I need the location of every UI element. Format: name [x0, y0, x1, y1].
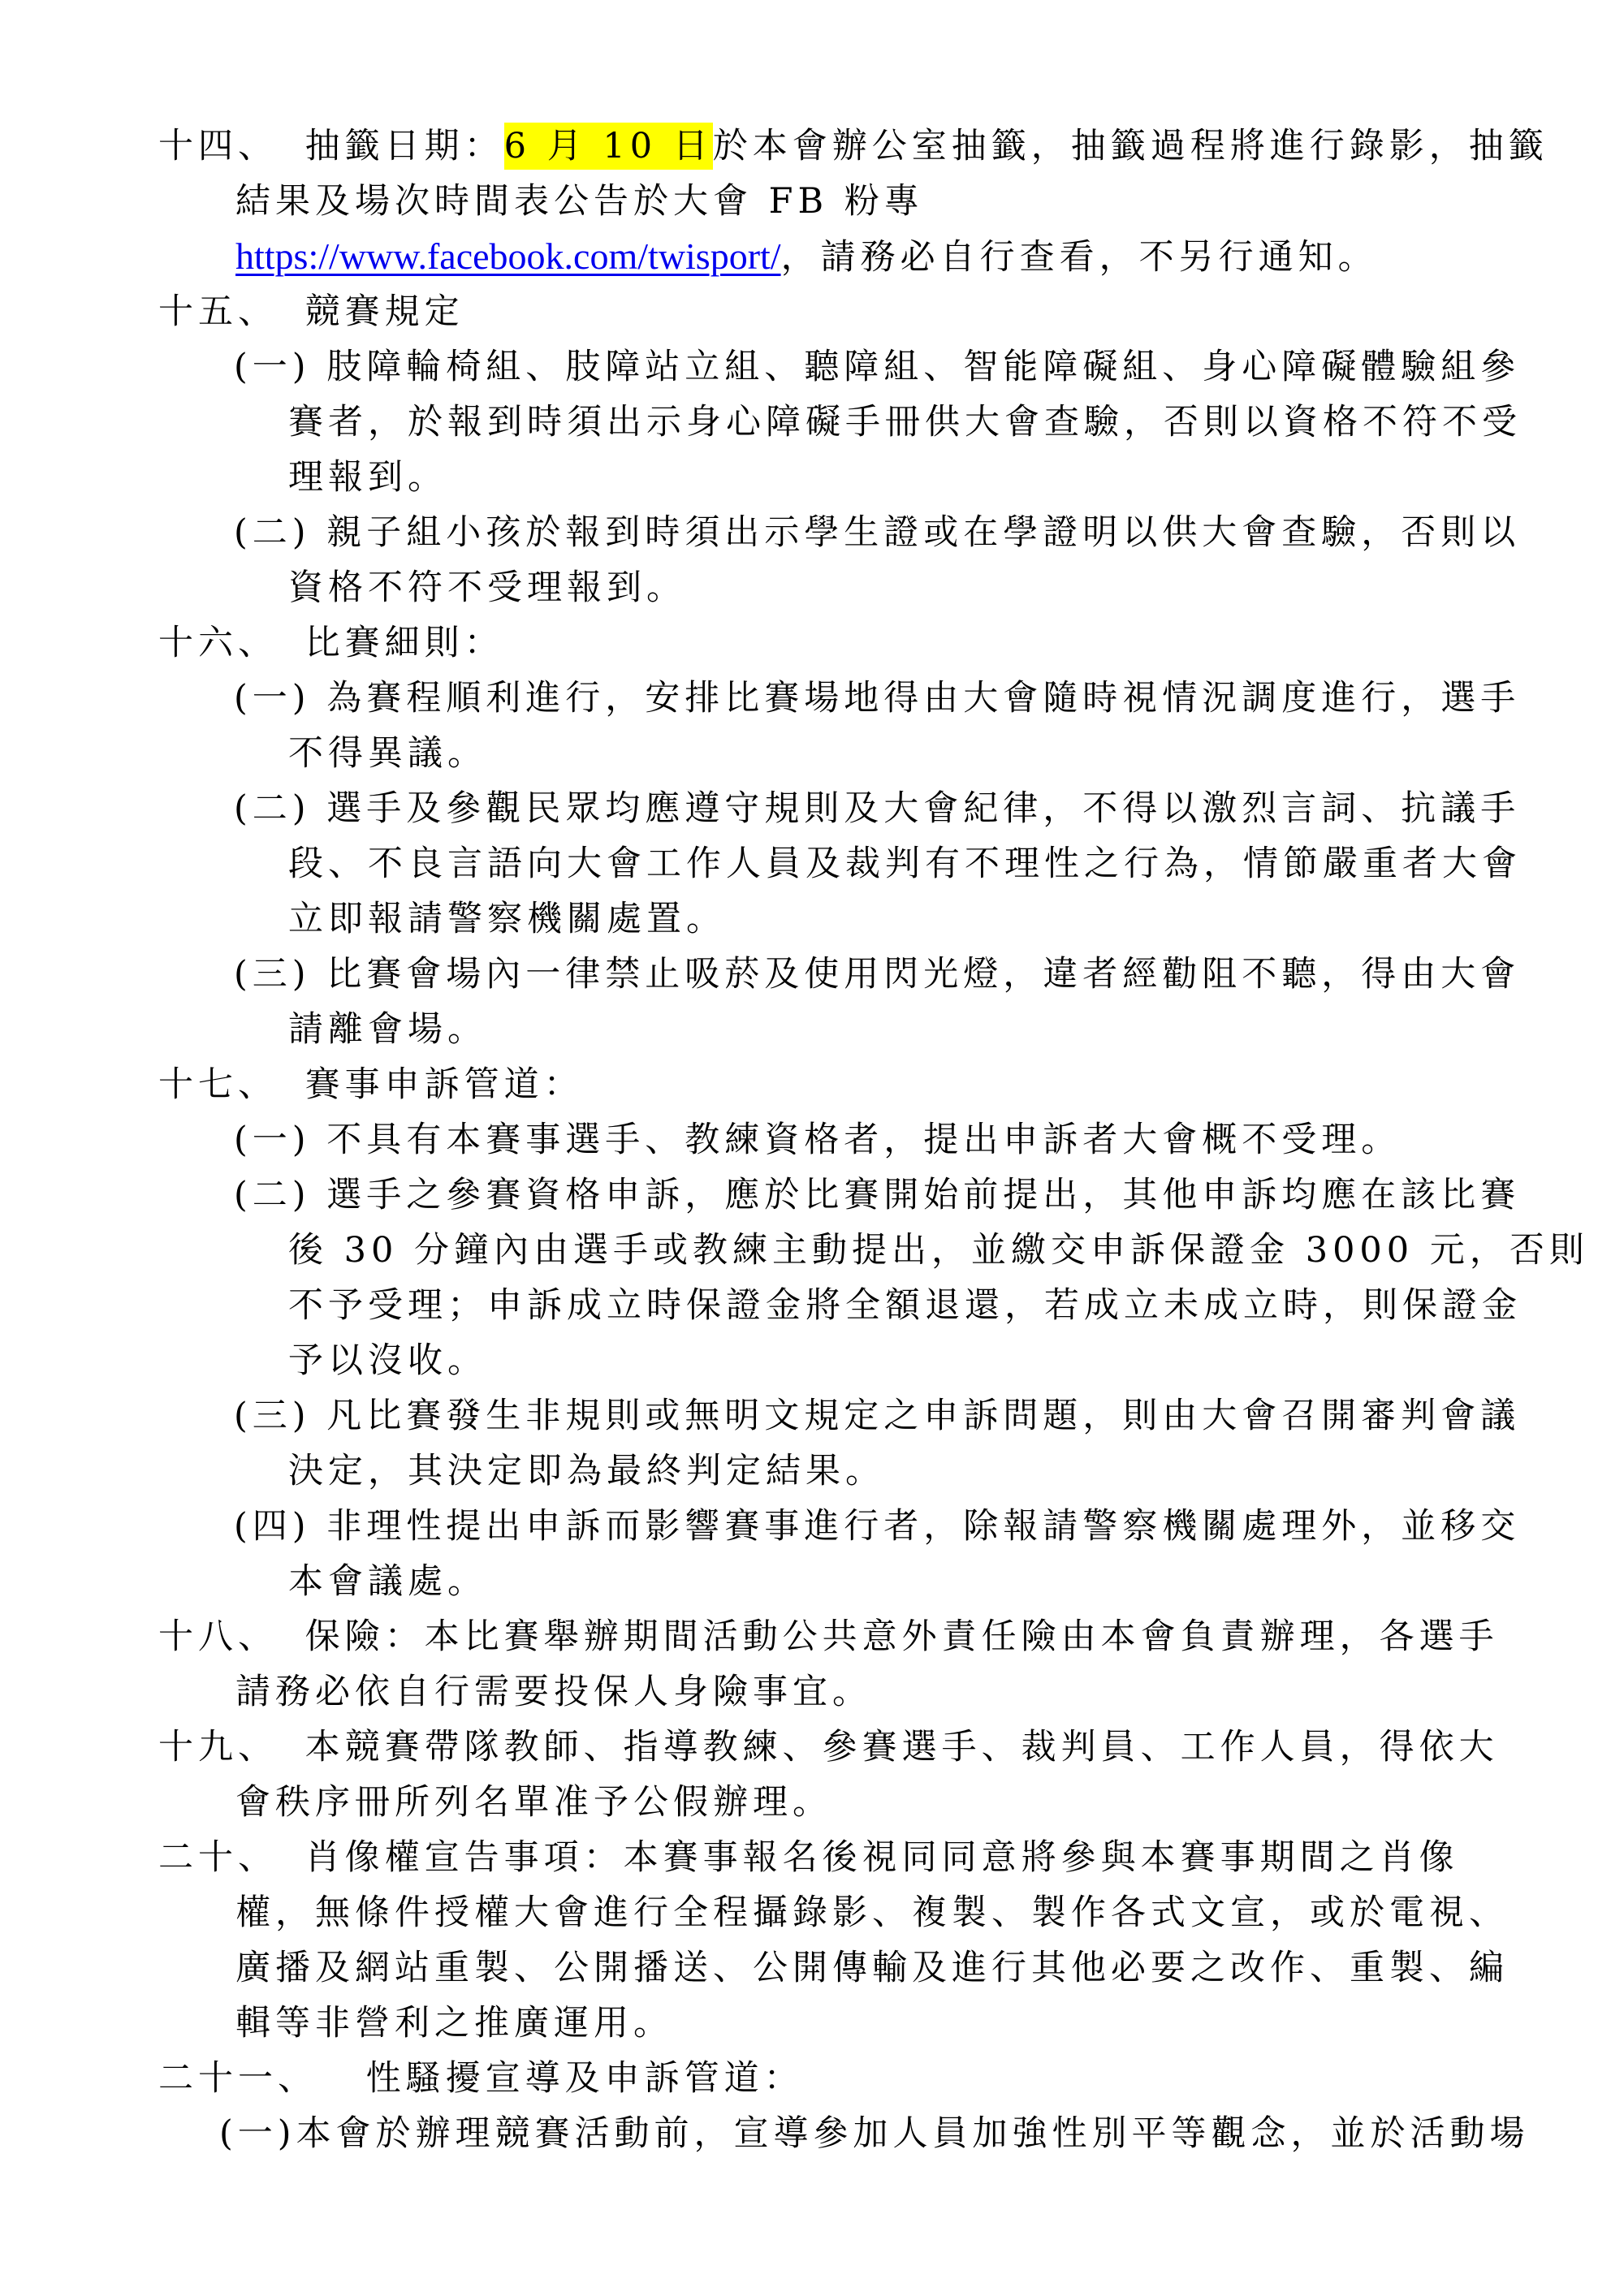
- item-text: 非理性提出申訴而影響賽事進行者，除報請警察機關處理外，並移交: [326, 1506, 1520, 1547]
- section-18-line-1: 十八、 保險：本比賽舉辦期間活動公共意外責任險由本會負責辦理，各選手: [158, 1612, 1499, 1661]
- section-15-item-1-line-1: (一) 肢障輪椅組、肢障站立組、聽障組、智能障礙組、身心障礙體驗組參: [234, 343, 1520, 391]
- section-17-item-4-line-2: 本會議處。: [288, 1557, 487, 1606]
- section-number: 十四、: [158, 126, 278, 166]
- item-label: (一): [219, 2113, 296, 2154]
- item-label: (一): [234, 347, 311, 387]
- section-20-line-3: 廣播及網站重製、公開播送、公開傳輸及進行其他必要之改作、重製、編: [235, 1944, 1509, 1992]
- section-15-item-2-line-1: (二) 親子組小孩於報到時須出示學生證或在學證明以供大會查驗，否則以: [234, 508, 1520, 557]
- section-15-item-1-line-3: 理報到。: [288, 453, 447, 502]
- item-label: (一): [234, 1120, 311, 1160]
- item-text: 選手及參觀民眾均應遵守規則及大會紀律，不得以激烈言詞、抗議手: [326, 788, 1520, 829]
- section-16-item-2-line-2: 段、不良言語向大會工作人員及裁判有不理性之行為，情節嚴重者大會: [288, 839, 1522, 888]
- section-15-heading: 十五、 競賽規定: [158, 287, 464, 336]
- facebook-link[interactable]: https://www.facebook.com/twisport/: [235, 235, 781, 277]
- item-label: (二): [234, 1175, 311, 1215]
- section-21-item-1-line-1: (一)本會於辦理競賽活動前，宣導參加人員加強性別平等觀念，並於活動場: [219, 2109, 1530, 2158]
- item-label: (二): [234, 788, 311, 829]
- section-heading: 抽籤日期：: [305, 126, 504, 166]
- section-16-item-1-line-1: (一) 為賽程順利進行，安排比賽場地得由大會隨時視情況調度進行，選手: [234, 674, 1520, 723]
- section-16-item-1-line-2: 不得異議。: [288, 729, 487, 778]
- section-number: 二十一、: [158, 2058, 317, 2099]
- section-17-item-2-line-3: 不予受理；申訴成立時保證金將全額退還，若成立未成立時，則保證金: [288, 1281, 1522, 1330]
- section-17-item-1-line-1: (一) 不具有本賽事選手、教練資格者，提出申訴者大會概不受理。: [234, 1116, 1401, 1164]
- section-14-line-3: https://www.facebook.com/twisport/，請務必自行…: [235, 232, 1378, 281]
- section-17-item-2-line-4: 予以沒收。: [288, 1336, 487, 1385]
- item-text: 肢障輪椅組、肢障站立組、聽障組、智能障礙組、身心障礙體驗組參: [326, 347, 1520, 387]
- section-text: 本競賽帶隊教師、指導教練、參賽選手、裁判員、工作人員，得依大: [305, 1727, 1499, 1767]
- section-15-item-1-line-2: 賽者，於報到時須出示身心障礙手冊供大會查驗，否則以資格不符不受: [288, 398, 1522, 447]
- section-20-line-4: 輯等非營利之推廣運用。: [235, 1999, 673, 2048]
- item-text: 凡比賽發生非規則或無明文規定之申訴問題，則由大會召開審判會議: [326, 1396, 1520, 1436]
- section-20-line-2: 權，無條件授權大會進行全程攝錄影、複製、製作各式文宣，或於電視、: [235, 1888, 1509, 1937]
- section-16-item-2-line-3: 立即報請警察機關處置。: [288, 895, 726, 943]
- item-label: (三): [234, 954, 311, 995]
- section-text: 於本會辦公室抽籤，抽籤過程將進行錄影，抽籤: [713, 126, 1548, 166]
- section-16-item-3-line-2: 請離會場。: [288, 1005, 487, 1054]
- section-number: 十八、: [158, 1616, 278, 1657]
- section-number: 十九、: [158, 1727, 278, 1767]
- section-15-item-2-line-2: 資格不符不受理報到。: [288, 563, 686, 612]
- section-number: 十六、: [158, 623, 278, 663]
- section-text: 肖像權宣告事項：本賽事報名後視同同意將參與本賽事期間之肖像: [305, 1837, 1459, 1878]
- section-number: 十七、: [158, 1064, 278, 1105]
- section-16-heading: 十六、 比賽細則：: [158, 619, 504, 667]
- item-label: (四): [234, 1506, 311, 1547]
- item-label: (三): [234, 1396, 311, 1436]
- section-17-item-4-line-1: (四) 非理性提出申訴而影響賽事進行者，除報請警察機關處理外，並移交: [234, 1502, 1520, 1551]
- section-text: ，請務必自行查看，不另行通知。: [781, 237, 1378, 278]
- item-label: (二): [234, 512, 311, 553]
- item-text: 親子組小孩於報到時須出示學生證或在學證明以供大會查驗，否則以: [326, 512, 1520, 553]
- section-16-item-3-line-1: (三) 比賽會場內一律禁止吸菸及使用閃光燈，違者經勸阻不聽，得由大會: [234, 950, 1520, 999]
- item-text: 比賽會場內一律禁止吸菸及使用閃光燈，違者經勸阻不聽，得由大會: [326, 954, 1520, 995]
- section-17-item-3-line-2: 決定，其決定即為最終判定結果。: [288, 1447, 885, 1495]
- section-19-line-1: 十九、 本競賽帶隊教師、指導教練、參賽選手、裁判員、工作人員，得依大: [158, 1723, 1499, 1772]
- item-text: 不具有本賽事選手、教練資格者，提出申訴者大會概不受理。: [326, 1120, 1401, 1160]
- item-text: 本會於辦理競賽活動前，宣導參加人員加強性別平等觀念，並於活動場: [296, 2113, 1530, 2154]
- section-20-line-1: 二十、 肖像權宣告事項：本賽事報名後視同同意將參與本賽事期間之肖像: [158, 1833, 1459, 1882]
- section-title: 賽事申訴管道：: [305, 1064, 584, 1105]
- highlighted-date: 6 月 10 日: [504, 123, 713, 170]
- item-label: (一): [234, 678, 311, 719]
- item-text: 選手之參賽資格申訴，應於比賽開始前提出，其他申訴均應在該比賽: [326, 1175, 1520, 1215]
- document-page: 十四、 抽籤日期：6 月 10 日於本會辦公室抽籤，抽籤過程將進行錄影，抽籤 結…: [0, 0, 1624, 2296]
- section-18-line-2: 請務必依自行需要投保人身險事宜。: [235, 1668, 872, 1716]
- section-17-item-2-line-1: (二) 選手之參賽資格申訴，應於比賽開始前提出，其他申訴均應在該比賽: [234, 1171, 1520, 1219]
- section-number: 二十、: [158, 1837, 278, 1878]
- section-title: 性騷擾宣導及申訴管道：: [366, 2058, 804, 2099]
- section-14-line-1: 十四、 抽籤日期：6 月 10 日於本會辦公室抽籤，抽籤過程將進行錄影，抽籤: [158, 122, 1548, 170]
- section-17-item-3-line-1: (三) 凡比賽發生非規則或無明文規定之申訴問題，則由大會召開審判會議: [234, 1392, 1520, 1440]
- section-17-item-2-line-2: 後 30 分鐘內由選手或教練主動提出，並繳交申訴保證金 3000 元，否則: [288, 1226, 1589, 1275]
- section-text: 保險：本比賽舉辦期間活動公共意外責任險由本會負責辦理，各選手: [305, 1616, 1499, 1657]
- section-16-item-2-line-1: (二) 選手及參觀民眾均應遵守規則及大會紀律，不得以激烈言詞、抗議手: [234, 784, 1520, 833]
- section-14-line-2: 結果及場次時間表公告於大會 FB 粉專: [235, 177, 924, 226]
- section-title: 競賽規定: [305, 291, 464, 332]
- section-19-line-2: 會秩序冊所列名單准予公假辦理。: [235, 1778, 832, 1827]
- section-17-heading: 十七、 賽事申訴管道：: [158, 1060, 584, 1109]
- section-title: 比賽細則：: [305, 623, 504, 663]
- item-text: 為賽程順利進行，安排比賽場地得由大會隨時視情況調度進行，選手: [326, 678, 1520, 719]
- section-21-heading: 二十一、 性騷擾宣導及申訴管道：: [158, 2054, 804, 2103]
- section-number: 十五、: [158, 291, 278, 332]
